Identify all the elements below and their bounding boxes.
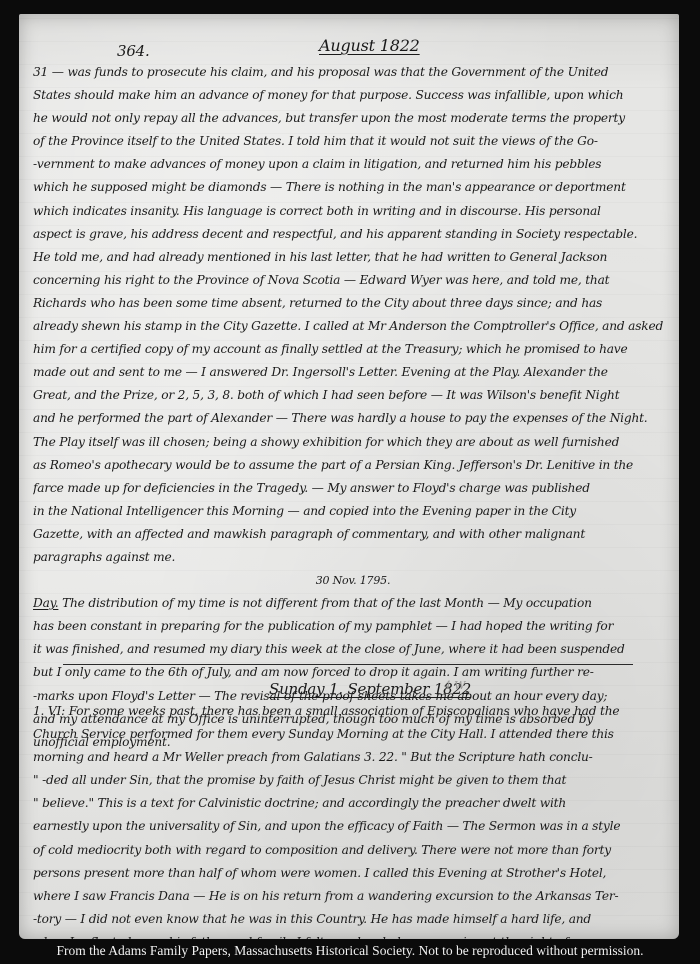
scan-frame: 364. August 1822 31 — was funds to prose… [0, 0, 700, 964]
attribution-footer: From the Adams Family Papers, Massachuse… [0, 943, 700, 959]
text-line: aspect is grave, his address decent and … [33, 223, 673, 246]
text-line: States should make him an advance of mon… [33, 84, 673, 107]
text-line: -vernment to make advances of money upon… [33, 153, 673, 176]
page-number: 364. [117, 42, 150, 60]
text-line: which indicates insanity. His language i… [33, 200, 673, 223]
text-line: which he supposed might be diamonds — Th… [33, 176, 673, 199]
text-line: concerning his right to the Province of … [33, 269, 673, 292]
text-line: " -ded all under Sin, that the promise b… [33, 769, 673, 792]
entry-september-1: 1. VI: For some weeks past, there has be… [33, 700, 673, 939]
text-line: Church Service performed for them every … [33, 723, 673, 746]
text-line: him for a certified copy of my account a… [33, 338, 673, 361]
text-line: The Play itself was ill chosen; being a … [33, 431, 673, 454]
text-line: it was finished, and resumed my diary th… [33, 638, 673, 661]
text-line: paragraphs against me. [33, 546, 673, 569]
section-heading: Sunday 1. September 1822 [269, 680, 471, 698]
text-line: earnestly upon the universality of Sin, … [33, 815, 673, 838]
section-divider [63, 664, 633, 665]
text-line: as Romeo's apothecary would be to assume… [33, 454, 673, 477]
text-line: morning and heard a Mr Weller preach fro… [33, 746, 673, 769]
text-line: -tory — I did not even know that he was … [33, 908, 673, 931]
entry-august-31: 31 — was funds to prosecute his claim, a… [33, 61, 673, 754]
text-line: has been constant in preparing for the p… [33, 615, 673, 638]
text-line: Great, and the Prize, or 2, 5, 3, 8. bot… [33, 384, 673, 407]
inserted-date: 30 Nov. 1795. [33, 569, 673, 592]
text-line: and he performed the part of Alexander —… [33, 407, 673, 430]
text-line: farce made up for deficiencies in the Tr… [33, 477, 673, 500]
text-line: The distribution of my time is not diffe… [62, 596, 592, 610]
text-line: Gazette, with an affected and mawkish pa… [33, 523, 673, 546]
text-line: in the National Intelligencer this Morni… [33, 500, 673, 523]
text-line: He told me, and had already mentioned in… [33, 246, 673, 269]
day-label: Day. [33, 596, 58, 610]
text-line: 1. VI: For some weeks past, there has be… [33, 700, 673, 723]
entry-day-first-line: Day. The distribution of my time is not … [33, 592, 673, 615]
marginal-note: 4 W [444, 679, 465, 692]
text-line: " believe." This is a text for Calvinist… [33, 792, 673, 815]
text-line: made out and sent to me — I answered Dr.… [33, 361, 673, 384]
text-line: of cold mediocrity both with regard to c… [33, 839, 673, 862]
month-heading: August 1822 [319, 36, 420, 55]
text-line: already shewn his stamp in the City Gaze… [33, 315, 673, 338]
text-line: Richards who has been some time absent, … [33, 292, 673, 315]
text-line: when I reflected upon his father and fam… [33, 931, 673, 939]
text-line: he would not only repay all the advances… [33, 107, 673, 130]
text-line: of the Province itself to the United Sta… [33, 130, 673, 153]
manuscript-page: 364. August 1822 31 — was funds to prose… [19, 14, 679, 939]
text-line: 31 — was funds to prosecute his claim, a… [33, 61, 673, 84]
text-line: where I saw Francis Dana — He is on his … [33, 885, 673, 908]
text-line: persons present more than half of whom w… [33, 862, 673, 885]
